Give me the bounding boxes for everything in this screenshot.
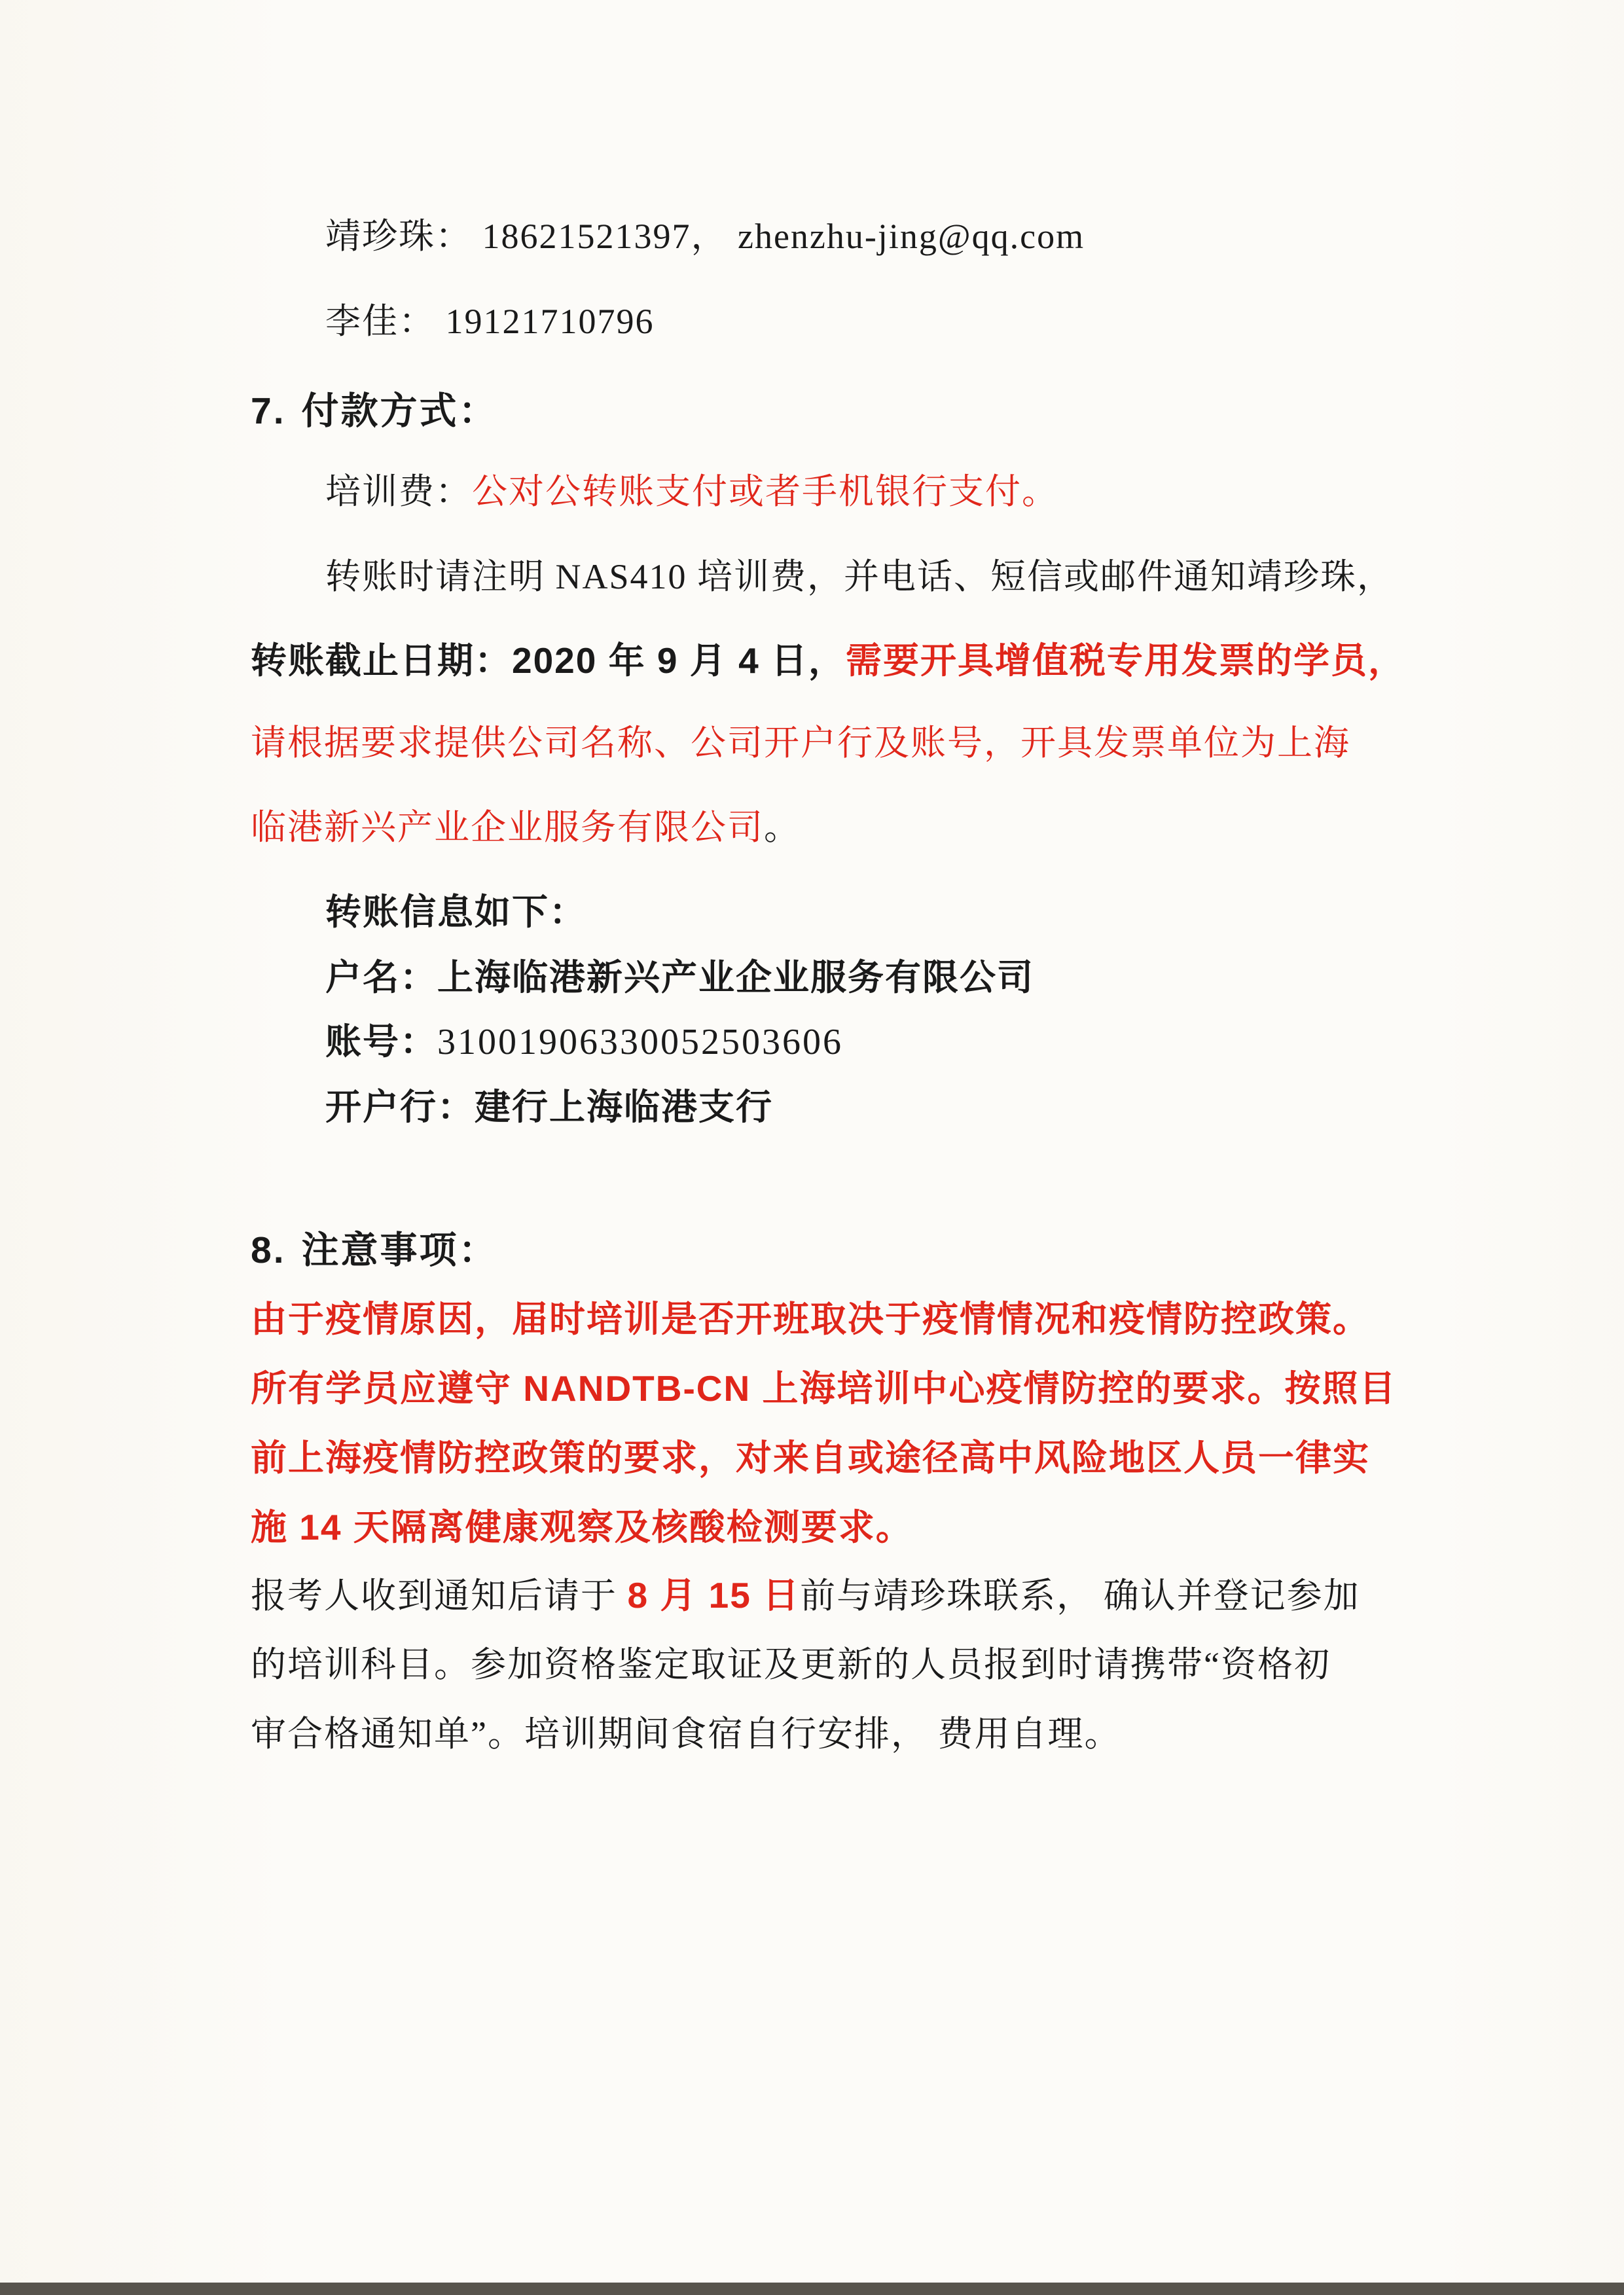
section8-heading: 8.注意事项： [251, 1231, 498, 1271]
section8-title: 注意事项： [302, 1229, 498, 1271]
warning-line-4: 施 14 天隔离健康观察及核酸检测要求。 [251, 1508, 913, 1547]
warning-line-1: 由于疫情原因，届时培训是否开班取决于疫情情况和疫情防控政策。 [251, 1300, 1370, 1339]
note-pre: 报考人收到通知后请于 [251, 1576, 628, 1616]
contact-line-jing: 靖珍珠： 18621521397， zhenzhu-jing@qq.com [325, 217, 1085, 255]
invoice-line-2: 临港新兴产业企业服务有限公司。 [251, 808, 801, 846]
fee-line: 培训费：公对公转账支付或者手机银行支付。 [325, 473, 1058, 511]
note-line-2: 的培训科目。参加资格鉴定取证及更新的人员报到时请携带“资格初 [251, 1646, 1331, 1684]
invoice-line-1: 请根据要求提供公司名称、公司开户行及账号，开具发票单位为上海 [251, 724, 1350, 762]
bank-label: 开户行： [325, 1087, 475, 1127]
transfer-info-title: 转账信息如下： [325, 893, 586, 931]
deadline-line: 转账截止日期：2020 年 9 月 4 日，需要开具增值税专用发票的学员， [251, 642, 1405, 680]
account-number-value: 31001906330052503606 [437, 1022, 843, 1062]
bank-line: 开户行：建行上海临港支行 [325, 1088, 773, 1127]
fee-label: 培训费： [325, 472, 472, 511]
note-line-1: 报考人收到通知后请于 8 月 15 日前与靖珍珠联系， 确认并登记参加 [251, 1576, 1360, 1615]
note-post: 前与靖珍珠联系， 确认并登记参加 [800, 1576, 1360, 1616]
section8-number: 8. [251, 1231, 286, 1271]
invoice-period: 。 [764, 808, 801, 847]
section7-heading: 7.付款方式： [251, 391, 498, 432]
transfer-note-line: 转账时请注明 NAS410 培训费，并电话、短信或邮件通知靖珍珠， [325, 558, 1394, 596]
invoice-company-name: 临港新兴产业企业服务有限公司 [251, 808, 764, 847]
account-number-label: 账号： [325, 1021, 437, 1062]
warning-line-3: 前上海疫情防控政策的要求，对来自或途径高中风险地区人员一律实 [251, 1439, 1370, 1477]
account-name-line: 户名：上海临港新兴产业企业服务有限公司 [325, 958, 1034, 997]
account-name-label: 户名： [325, 957, 437, 998]
account-name-value: 上海临港新兴产业企业服务有限公司 [437, 957, 1034, 998]
contact-line-li: 李佳： 19121710796 [325, 302, 655, 340]
document-page: 靖珍珠： 18621521397， zhenzhu-jing@qq.com 李佳… [0, 0, 1624, 2295]
deadline-date: 转账截止日期：2020 年 9 月 4 日， [251, 640, 846, 681]
scan-edge-bottom [0, 2283, 1624, 2295]
fee-value: 公对公转账支付或者手机银行支付。 [472, 472, 1058, 511]
warning-line-2: 所有学员应遵守 NANDTB-CN 上海培训中心疫情防控的要求。按照目 [251, 1369, 1397, 1408]
deadline-invoice-note: 需要开具增值税专用发票的学员， [846, 640, 1405, 681]
section7-number: 7. [251, 391, 286, 432]
note-date: 8 月 15 日 [628, 1575, 801, 1616]
bank-value: 建行上海临港支行 [475, 1087, 773, 1127]
note-line-3: 审合格通知单”。培训期间食宿自行安排， 费用自理。 [251, 1715, 1121, 1753]
account-number-line: 账号：31001906330052503606 [325, 1022, 843, 1062]
section7-title: 付款方式： [302, 390, 498, 432]
